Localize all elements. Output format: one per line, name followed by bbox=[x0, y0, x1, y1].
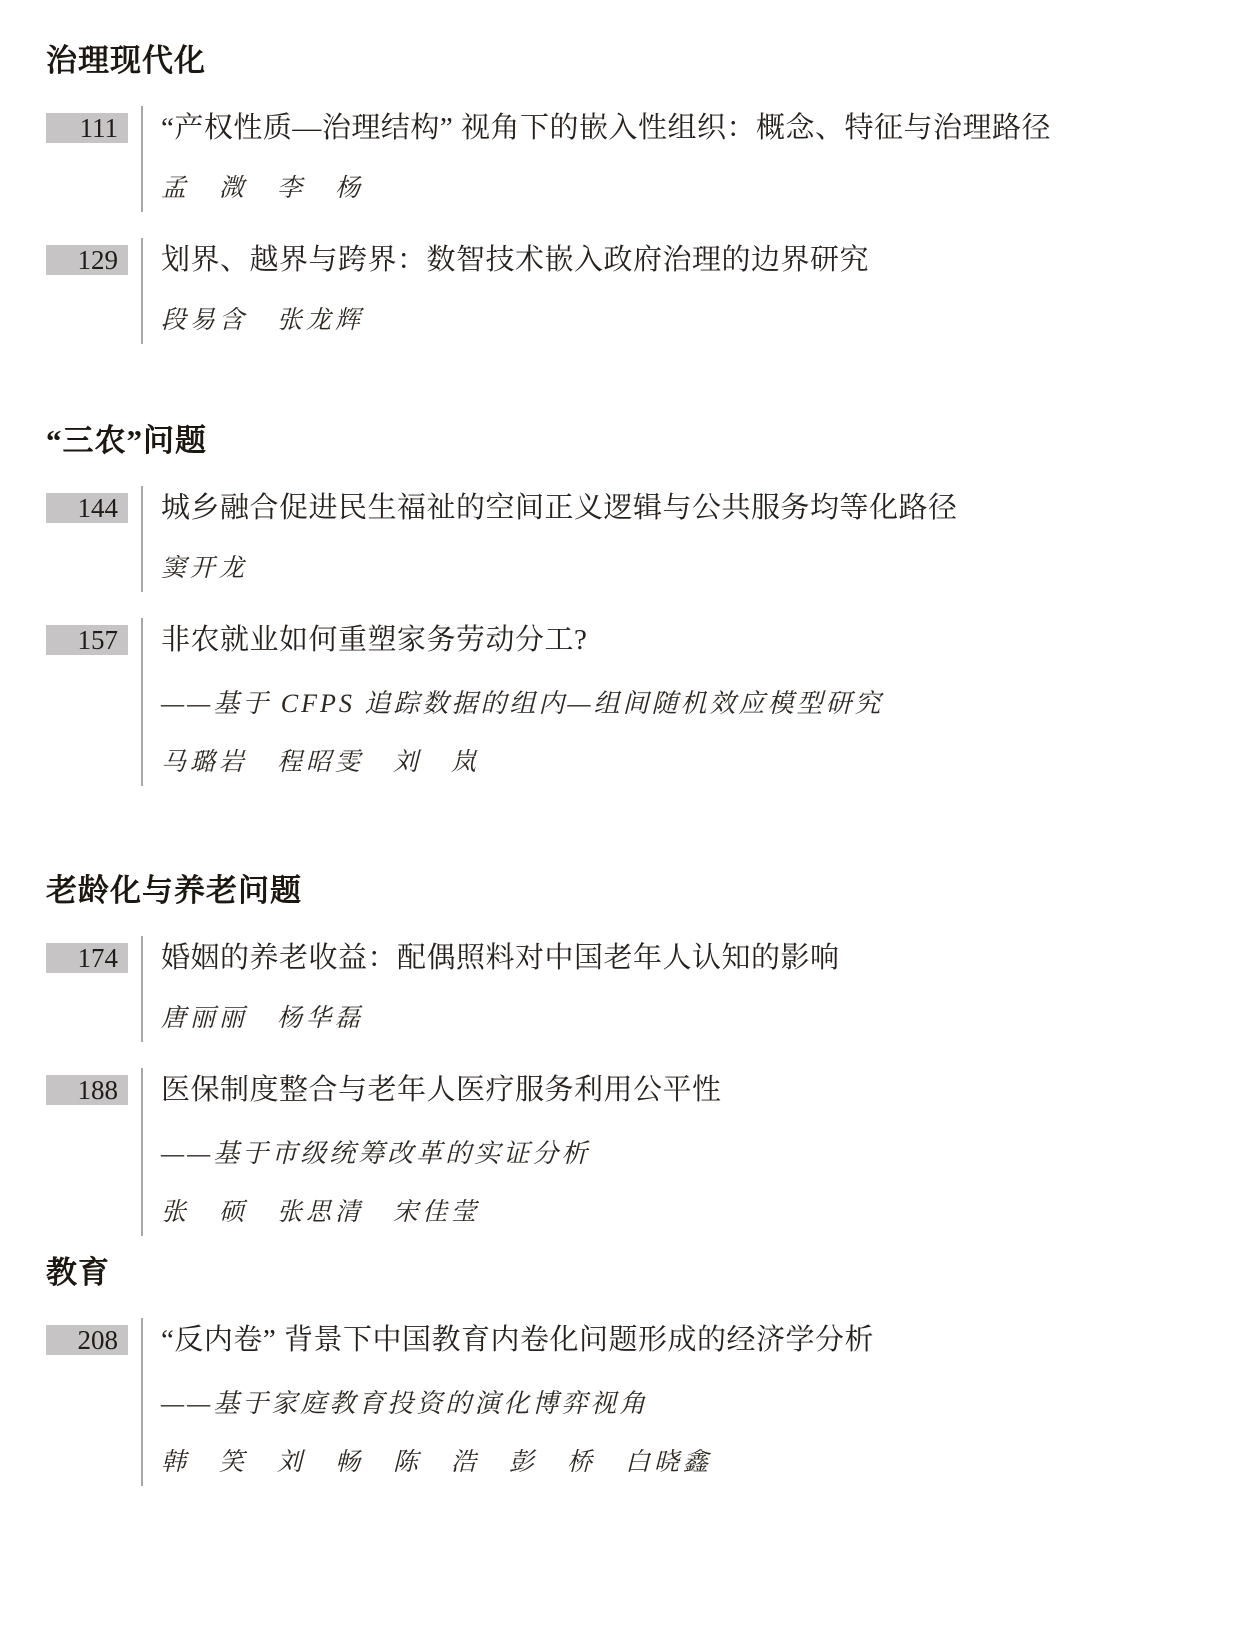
article-authors: 孟 溦 李 杨 bbox=[161, 174, 1196, 204]
toc-entry: 208 “反内卷” 背景下中国教育内卷化问题形成的经济学分析 ——基于家庭教育投… bbox=[46, 1322, 1196, 1478]
entry-content: 城乡融合促进民生福祉的空间正义逻辑与公共服务均等化路径 窦开龙 bbox=[161, 490, 1196, 584]
section-header: 治理现代化 bbox=[46, 44, 1196, 78]
article-title: 非农就业如何重塑家务劳动分工? bbox=[161, 622, 1196, 658]
entry-content: 婚姻的养老收益：配偶照料对中国老年人认知的影响 唐丽丽 杨华磊 bbox=[161, 940, 1196, 1034]
entry-content: 非农就业如何重塑家务劳动分工? ——基于 CFPS 追踪数据的组内—组间随机效应… bbox=[161, 622, 1196, 778]
article-authors: 唐丽丽 杨华磊 bbox=[161, 1004, 1196, 1034]
toc-entry: 188 医保制度整合与老年人医疗服务利用公平性 ——基于市级统筹改革的实证分析 … bbox=[46, 1072, 1196, 1228]
article-authors: 韩 笑 刘 畅 陈 浩 彭 桥 白晓鑫 bbox=[161, 1448, 1196, 1478]
article-title: 划界、越界与跨界：数智技术嵌入政府治理的边界研究 bbox=[161, 242, 1196, 278]
page-number: 157 bbox=[46, 625, 128, 655]
entry-content: “反内卷” 背景下中国教育内卷化问题形成的经济学分析 ——基于家庭教育投资的演化… bbox=[161, 1322, 1196, 1478]
article-authors: 张 硕 张思清 宋佳莹 bbox=[161, 1198, 1196, 1228]
toc-entry: 111 “产权性质—治理结构” 视角下的嵌入性组织：概念、特征与治理路径 孟 溦… bbox=[46, 110, 1196, 204]
toc-entry: 157 非农就业如何重塑家务劳动分工? ——基于 CFPS 追踪数据的组内—组间… bbox=[46, 622, 1196, 778]
page-number: 174 bbox=[46, 943, 128, 973]
article-title: “反内卷” 背景下中国教育内卷化问题形成的经济学分析 bbox=[161, 1322, 1196, 1358]
article-authors: 段易含 张龙辉 bbox=[161, 306, 1196, 336]
toc-entry: 129 划界、越界与跨界：数智技术嵌入政府治理的边界研究 段易含 张龙辉 bbox=[46, 242, 1196, 336]
entry-content: 医保制度整合与老年人医疗服务利用公平性 ——基于市级统筹改革的实证分析 张 硕 … bbox=[161, 1072, 1196, 1228]
article-title: 婚姻的养老收益：配偶照料对中国老年人认知的影响 bbox=[161, 940, 1196, 976]
article-title: 城乡融合促进民生福祉的空间正义逻辑与公共服务均等化路径 bbox=[161, 490, 1196, 526]
section-entries: 144 城乡融合促进民生福祉的空间正义逻辑与公共服务均等化路径 窦开龙 157 … bbox=[46, 490, 1196, 778]
entry-content: “产权性质—治理结构” 视角下的嵌入性组织：概念、特征与治理路径 孟 溦 李 杨 bbox=[161, 110, 1196, 204]
vertical-rule bbox=[141, 238, 143, 344]
section-header: 老龄化与养老问题 bbox=[46, 874, 1196, 908]
article-title: “产权性质—治理结构” 视角下的嵌入性组织：概念、特征与治理路径 bbox=[161, 110, 1196, 146]
section-header: “三农”问题 bbox=[46, 424, 1196, 458]
section-entries: 208 “反内卷” 背景下中国教育内卷化问题形成的经济学分析 ——基于家庭教育投… bbox=[46, 1322, 1196, 1478]
article-subtitle: ——基于市级统筹改革的实证分析 bbox=[161, 1138, 1196, 1170]
vertical-rule bbox=[141, 936, 143, 1042]
toc-entry: 174 婚姻的养老收益：配偶照料对中国老年人认知的影响 唐丽丽 杨华磊 bbox=[46, 940, 1196, 1034]
page-number: 129 bbox=[46, 245, 128, 275]
article-subtitle: ——基于家庭教育投资的演化博弈视角 bbox=[161, 1388, 1196, 1420]
toc-section: “三农”问题 144 城乡融合促进民生福祉的空间正义逻辑与公共服务均等化路径 窦… bbox=[46, 424, 1196, 778]
article-title: 医保制度整合与老年人医疗服务利用公平性 bbox=[161, 1072, 1196, 1108]
toc-section: 教育 208 “反内卷” 背景下中国教育内卷化问题形成的经济学分析 ——基于家庭… bbox=[46, 1256, 1196, 1478]
toc-section: 老龄化与养老问题 174 婚姻的养老收益：配偶照料对中国老年人认知的影响 唐丽丽… bbox=[46, 874, 1196, 1228]
page-number: 188 bbox=[46, 1075, 128, 1105]
section-entries: 174 婚姻的养老收益：配偶照料对中国老年人认知的影响 唐丽丽 杨华磊 188 … bbox=[46, 940, 1196, 1228]
page-number: 111 bbox=[46, 113, 128, 143]
vertical-rule bbox=[141, 618, 143, 786]
toc-page: 治理现代化 111 “产权性质—治理结构” 视角下的嵌入性组织：概念、特征与治理… bbox=[0, 0, 1236, 1644]
article-subtitle: ——基于 CFPS 追踪数据的组内—组间随机效应模型研究 bbox=[161, 688, 1196, 720]
page-number: 144 bbox=[46, 493, 128, 523]
section-header: 教育 bbox=[46, 1256, 1196, 1290]
vertical-rule bbox=[141, 106, 143, 212]
toc-entry: 144 城乡融合促进民生福祉的空间正义逻辑与公共服务均等化路径 窦开龙 bbox=[46, 490, 1196, 584]
vertical-rule bbox=[141, 486, 143, 592]
toc-section: 治理现代化 111 “产权性质—治理结构” 视角下的嵌入性组织：概念、特征与治理… bbox=[46, 44, 1196, 336]
vertical-rule bbox=[141, 1068, 143, 1236]
article-authors: 马璐岩 程昭雯 刘 岚 bbox=[161, 748, 1196, 778]
article-authors: 窦开龙 bbox=[161, 554, 1196, 584]
page-number: 208 bbox=[46, 1325, 128, 1355]
vertical-rule bbox=[141, 1318, 143, 1486]
section-entries: 111 “产权性质—治理结构” 视角下的嵌入性组织：概念、特征与治理路径 孟 溦… bbox=[46, 110, 1196, 336]
entry-content: 划界、越界与跨界：数智技术嵌入政府治理的边界研究 段易含 张龙辉 bbox=[161, 242, 1196, 336]
